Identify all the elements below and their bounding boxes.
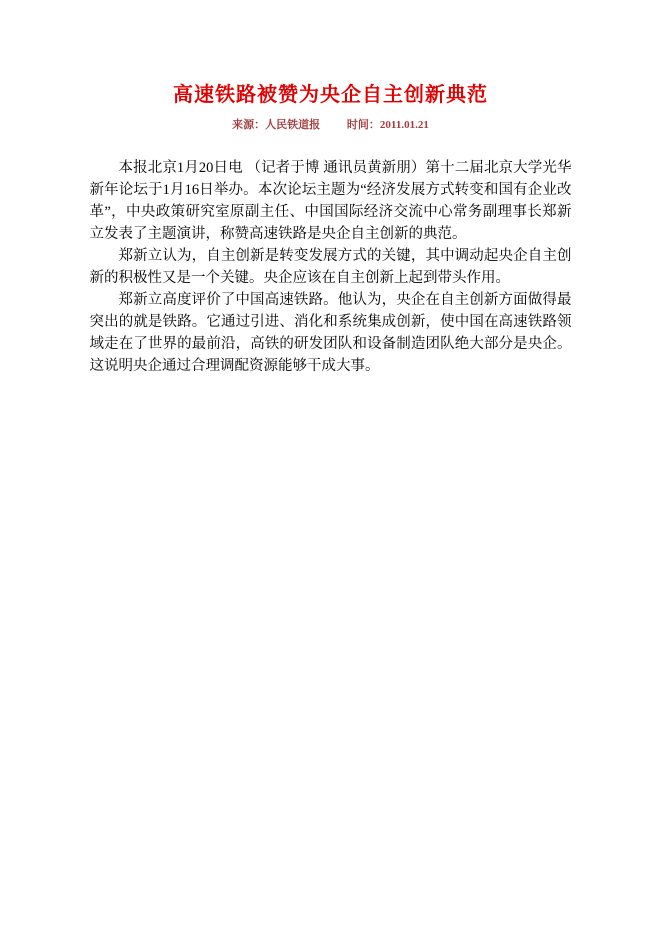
article-body: 本报北京1月20日电 （记者于博 通讯员黄新朋）第十二届北京大学光华新年论坛于1… <box>90 157 572 377</box>
paragraph-3: 郑新立高度评价了中国高速铁路。他认为，央企在自主创新方面做得最突出的就是铁路。它… <box>90 289 572 377</box>
article-meta: 来源：人民铁道报 时间：2011.01.21 <box>0 116 661 132</box>
paragraph-1: 本报北京1月20日电 （记者于博 通讯员黄新朋）第十二届北京大学光华新年论坛于1… <box>90 157 572 245</box>
source-label: 来源：人民铁道报 <box>232 116 320 132</box>
article-title: 高速铁路被赞为央企自主创新典范 <box>0 84 661 106</box>
article: 高速铁路被赞为央企自主创新典范 来源：人民铁道报 时间：2011.01.21 本… <box>0 0 661 377</box>
time-label: 时间：2011.01.21 <box>347 116 429 132</box>
page: { "page": { "title": "高速铁路被赞为央企自主创新典范", … <box>0 0 661 935</box>
paragraph-2: 郑新立认为，自主创新是转变发展方式的关键，其中调动起央企自主创新的积极性又是一个… <box>90 245 572 289</box>
